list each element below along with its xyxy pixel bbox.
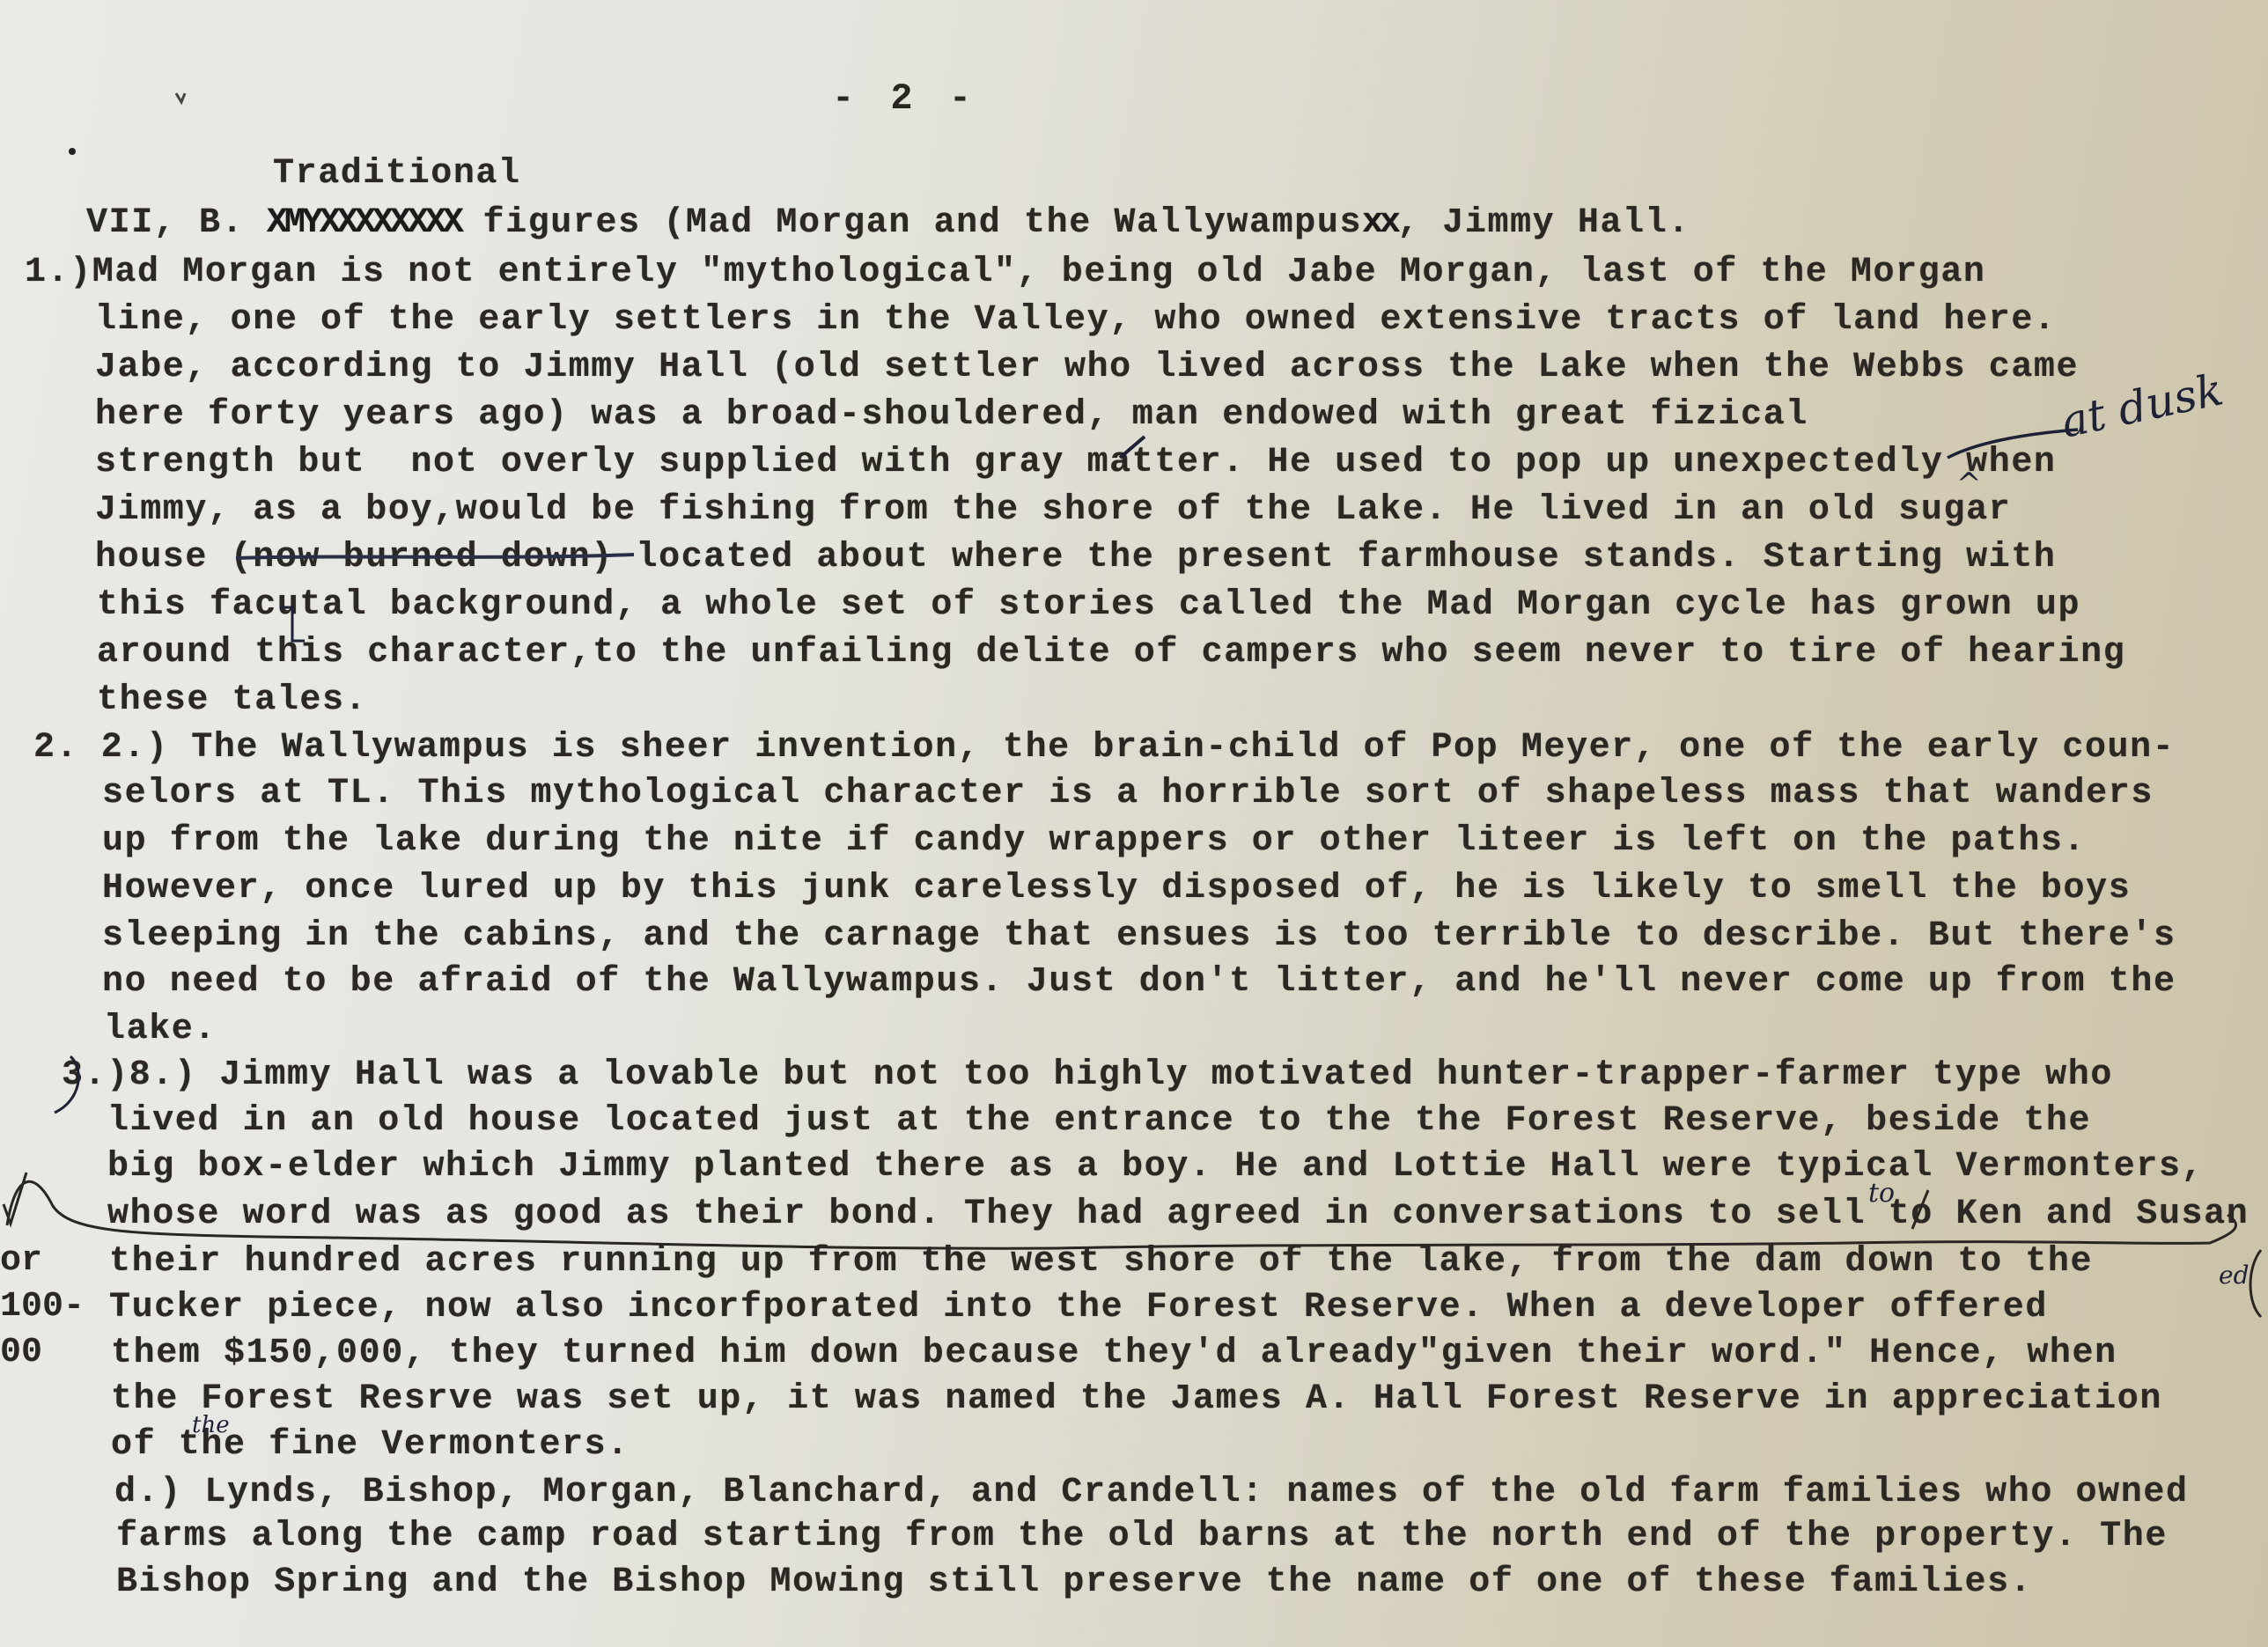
text-line-10: these tales. <box>97 680 367 722</box>
section-heading: VII, B. XMYXXXXXXXX figures (Mad Morgan … <box>86 202 1690 245</box>
text-line-22: their hundred acres running up from the … <box>109 1241 2093 1283</box>
heading-struck-word: XMYXXXXXXXX <box>267 203 460 243</box>
text-line-27: d.) Lynds, Bishop, Morgan, Blanchard, an… <box>114 1472 2189 1514</box>
text-line-28: farms along the camp road starting from … <box>116 1516 2168 1558</box>
margin-note-or: or <box>0 1241 42 1281</box>
handwritten-insert-at-dusk: at dusk <box>2057 364 2227 447</box>
heading-struck-tail: xx <box>1362 203 1397 243</box>
page-number: - 2 - <box>832 77 978 120</box>
text-line-6: Jimmy, as a boy,would be fishing from th… <box>95 489 2011 532</box>
text-line-29: Bishop Spring and the Bishop Mowing stil… <box>116 1562 2032 1604</box>
text-line-17: lake. <box>104 1009 217 1051</box>
text-line-25: the Forest Resrve was set up, it was nam… <box>111 1379 2162 1421</box>
text-line-2: line, one of the early settlers in the V… <box>95 299 2057 342</box>
margin-bracket <box>2250 1250 2261 1317</box>
stray-mark <box>176 93 185 102</box>
text-line-24: them $150,000, they turned him down beca… <box>111 1333 2117 1375</box>
text-line-18: 3.)8.) Jimmy Hall was a lovable but not … <box>62 1055 2113 1097</box>
heading-end: , Jimmy Hall. <box>1397 203 1690 243</box>
heading-text: figures (Mad Morgan and the Wallywampus <box>460 203 1362 243</box>
heading-prefix: VII, B. <box>86 203 244 243</box>
text-line-13: up from the lake during the nite if cand… <box>102 820 2086 863</box>
handwritten-insert-ed: ed <box>2219 1261 2250 1290</box>
text-line-26: of the fine Vermonters. <box>111 1424 630 1467</box>
stray-dot-mark <box>69 148 76 155</box>
text-line-23: Tucker piece, now also incorfporated int… <box>109 1287 2048 1329</box>
text-line-7: house (now burned down) located about wh… <box>95 537 2057 579</box>
text-line-8: this facutal background, a whole set of … <box>97 585 2080 627</box>
margin-note-100: 100- <box>0 1287 85 1327</box>
text-line-3: Jabe, according to Jimmy Hall (old settl… <box>95 347 2079 389</box>
insertion-caret-icon: ^ <box>1956 467 1982 502</box>
handwritten-insert-to: to <box>1868 1178 1895 1209</box>
text-line-12: selors at TL. This mythological characte… <box>102 773 2154 815</box>
margin-note-00: 00 <box>0 1333 42 1372</box>
check-mark-icon <box>4 1173 26 1224</box>
text-line-16: no need to be afraid of the Wallywampus.… <box>102 961 2176 1004</box>
text-line-14: However, once lured up by this junk care… <box>102 868 2131 910</box>
typed-page: - 2 - Traditional VII, B. XMYXXXXXXXX fi… <box>0 0 2268 1647</box>
text-line-15: sleeping in the cabins, and the carnage … <box>102 915 2176 958</box>
text-line-5: strength but not overly supplied with gr… <box>95 442 2057 484</box>
handwritten-insert-the: the <box>192 1412 230 1438</box>
text-line-1: 1.)Mad Morgan is not entirely "mythologi… <box>25 252 1986 294</box>
text-line-19: lived in an old house located just at th… <box>107 1100 2091 1143</box>
text-line-9: around this character,to the unfailing d… <box>97 632 2125 674</box>
text-line-11: 2. 2.) The Wallywampus is sheer inventio… <box>33 727 2175 769</box>
section-insert-traditional: Traditional <box>273 153 521 195</box>
text-line-4: here forty years ago) was a broad-should… <box>95 394 1808 437</box>
text-line-21: whose word was as good as their bond. Th… <box>107 1194 2249 1236</box>
